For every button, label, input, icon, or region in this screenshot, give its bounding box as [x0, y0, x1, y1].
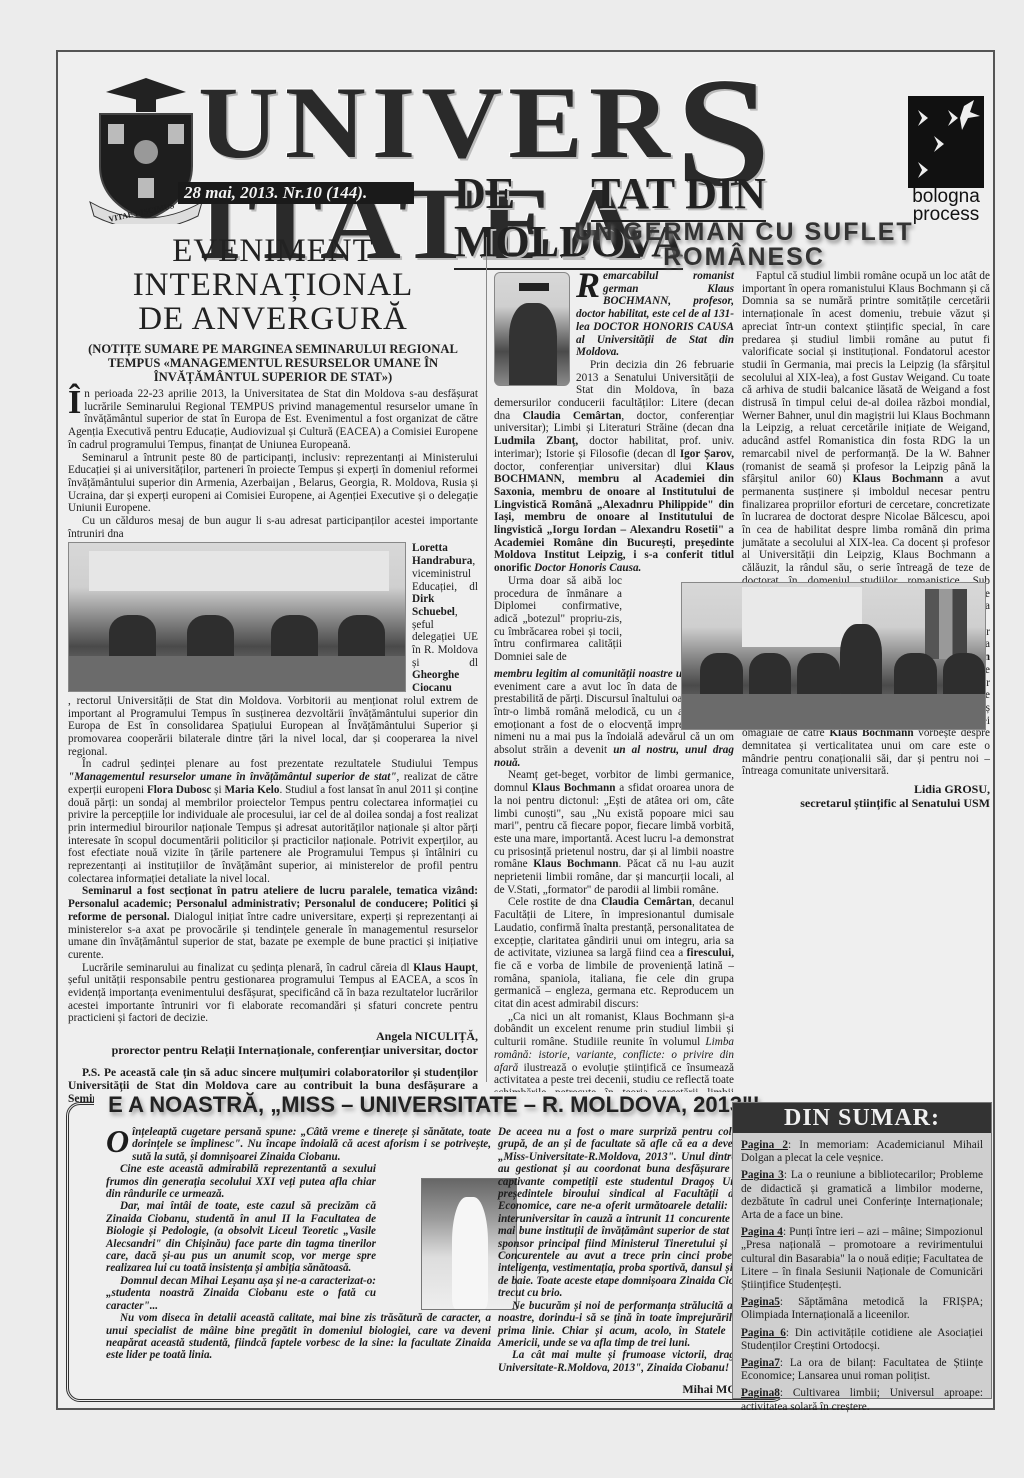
toc-item[interactable]: Pagina 2: In memoriam: Academicianul Mih… [741, 1139, 983, 1165]
bologna-process-logo: bologna process [908, 96, 984, 224]
column-divider [486, 237, 487, 1082]
article-headline-line2: DE ANVERGURĂ [68, 302, 478, 336]
author-name: Lidia GROSU, [742, 782, 990, 796]
article-headline: EVENIMENT INTERNAȚIONAL [68, 234, 478, 302]
ceremony-photo [681, 582, 986, 730]
paragraph: Domnul decan Mihai Leșanu așa și ne-a ca… [106, 1275, 376, 1312]
paragraph: În cadrul ședinței plenare au fost preze… [68, 758, 478, 885]
paragraph: Seminarul a fost secționat în patru atel… [68, 885, 478, 961]
article-subheadline: (NOTIȚE SUMARE PE MARGINEA SEMINARULUI R… [68, 342, 478, 384]
photo-side-text: Loretta Handrabura, viceministrul Educaț… [412, 542, 478, 694]
author-name: Angela NICULIȚĂ, [68, 1029, 478, 1043]
paragraph: Faptul că studiul limbii române ocupă un… [742, 270, 990, 626]
author-title: secretarul științific al Senatului USM [742, 796, 990, 810]
paragraph: , rectorul Universității de Stat din Mol… [68, 695, 478, 759]
article-headline-german: UN GERMAN CU SUFLET ROMÂNESC [494, 220, 994, 270]
paragraph: Dar, mai întâi de toate, este cazul să p… [106, 1200, 376, 1274]
issue-date-bar: 28 mai, 2013. Nr.10 (144). [178, 182, 414, 204]
toc-item[interactable]: Pagina7: La ora de bilanț: Facultatea de… [741, 1357, 983, 1383]
paragraph: Neamț get-beget, vorbitor de limbi germa… [494, 769, 734, 896]
toc-item[interactable]: Pagina 3: La o reuniune a bibliotecarilo… [741, 1169, 983, 1222]
paragraph: n perioada 22-23 aprilie 2013, la Univer… [68, 388, 478, 451]
paragraph: Urma doar să aibă loc procedura de înmân… [494, 575, 622, 664]
title-big-letter: S [676, 82, 777, 183]
dropcap: R [576, 272, 600, 298]
paragraph: Seminarul a întrunit peste 80 de partici… [68, 452, 478, 516]
paragraph: Cele rostite de dna Claudia Cemârtan, de… [494, 896, 734, 1010]
dropcap: O [106, 1128, 129, 1154]
toc-item[interactable]: Pagina 4: Punți între ieri – azi – mâine… [741, 1226, 983, 1292]
paragraph: înțeleaptă cugetare persană spune: „Câtă… [132, 1126, 491, 1163]
paragraph: Lucrările seminarului au finalizat cu șe… [68, 962, 478, 1026]
dropcap: Î [68, 390, 81, 416]
subtitle-de: DE [454, 169, 515, 218]
bochmann-portrait-photo [494, 272, 570, 386]
newspaper-page: VITAE DISCIMUS UNIVERSITATEA 28 mai, 201… [56, 50, 995, 1410]
toc-title: DIN SUMAR: [733, 1103, 991, 1133]
paragraph: Cine este această admirabilă reprezentan… [106, 1163, 376, 1200]
paragraph: Cu un călduros mesaj de bun augur li s-a… [68, 515, 478, 540]
author-title: prorector pentru Relații Internaționale,… [68, 1043, 478, 1057]
bologna-star-icon [908, 96, 984, 188]
toc-item[interactable]: Pagina8: Cultivarea limbii; Universul ap… [741, 1387, 983, 1413]
article-eveniment-international: EVENIMENT INTERNAȚIONAL DE ANVERGURĂ (NO… [68, 234, 478, 1120]
newspaper-title: UNIVERSITATEA [198, 54, 938, 155]
seminar-panel-photo [68, 542, 406, 692]
article-headline-miss: E A NOASTRĂ, „MISS – UNIVERSITATE – R. M… [94, 1092, 774, 1118]
paragraph: Nu vom diseca în detalii această calitat… [106, 1312, 491, 1362]
table-of-contents-box: DIN SUMAR: Pagina 2: In memoriam: Academ… [732, 1102, 992, 1399]
toc-item[interactable]: Pagina 6: Din activitățile cotidiene ale… [741, 1327, 983, 1353]
toc-item[interactable]: Pagina5: Săptămâna metodică la FRIȘPA; O… [741, 1296, 983, 1322]
title-prefix: UNIVER [198, 66, 676, 180]
paragraph: Prin decizia din 26 februarie 2013 a Sen… [494, 359, 734, 575]
